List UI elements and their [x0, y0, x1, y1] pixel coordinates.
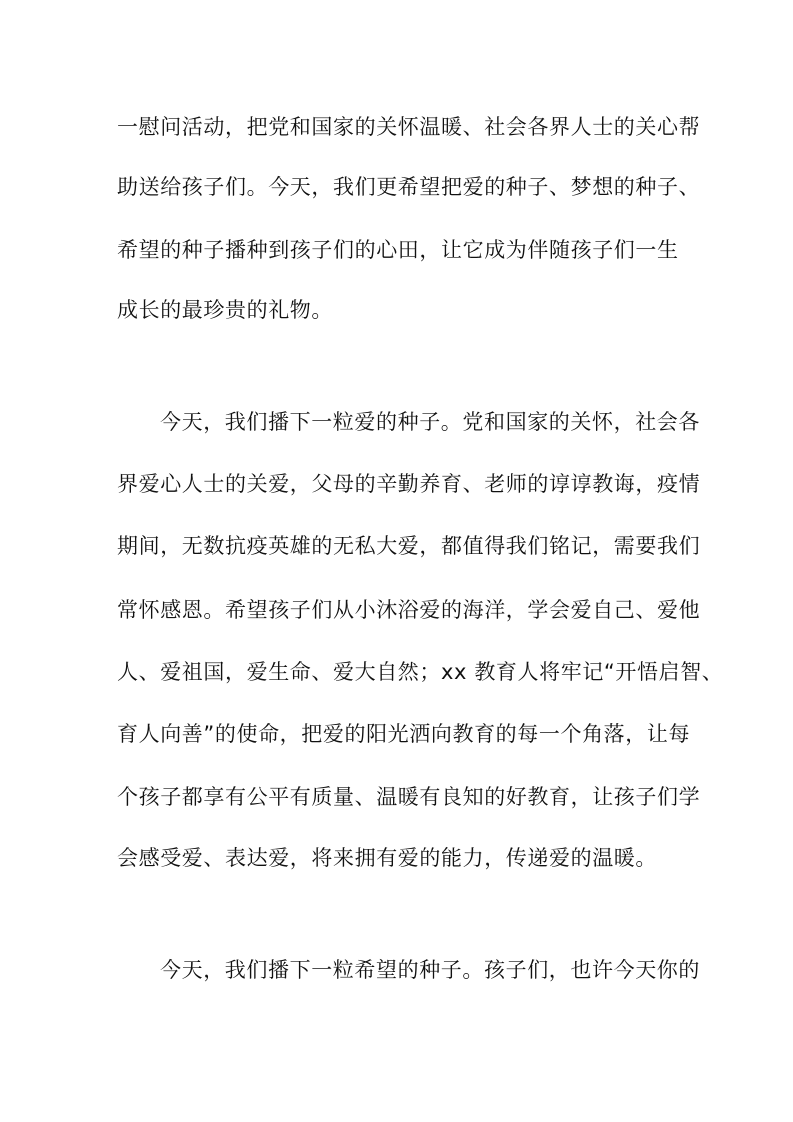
text-line: 今天，我们播下一粒爱的种子。党和国家的关怀，社会各 [160, 407, 687, 437]
text-line: 希望的种子播种到孩子们的心田，让它成为伴随孩子们一生 [117, 235, 687, 265]
text-line: 人、爱祖国，爱生命、爱大自然；xx 教育人将牢记“开悟启智、 [117, 657, 687, 687]
text-line: 会感受爱、表达爱，将来拥有爱的能力，传递爱的温暖。 [117, 843, 687, 873]
text-line: 成长的最珍贵的礼物。 [117, 295, 687, 325]
text-line: 个孩子都享有公平有质量、温暖有良知的好教育，让孩子们学 [117, 782, 687, 812]
document-page: 一慰问活动，把党和国家的关怀温暖、社会各界人士的关心帮 助送给孩子们。今天，我们… [0, 0, 793, 1122]
text-line: 今天，我们播下一粒希望的种子。孩子们，也许今天你的 [160, 955, 687, 985]
text-line: 界爱心人士的关爱，父母的辛勤养育、老师的谆谆教诲，疫情 [117, 469, 687, 499]
text-line: 育人向善”的使命，把爱的阳光洒向教育的每一个角落，让每 [117, 719, 687, 749]
text-line: 常怀感恩。希望孩子们从小沐浴爱的海洋，学会爱自己、爱他 [117, 595, 687, 625]
text-line: 期间，无数抗疫英雄的无私大爱，都值得我们铭记，需要我们 [117, 531, 687, 561]
text-line: 助送给孩子们。今天，我们更希望把爱的种子、梦想的种子、 [117, 172, 687, 202]
text-line: 一慰问活动，把党和国家的关怀温暖、社会各界人士的关心帮 [117, 112, 687, 142]
